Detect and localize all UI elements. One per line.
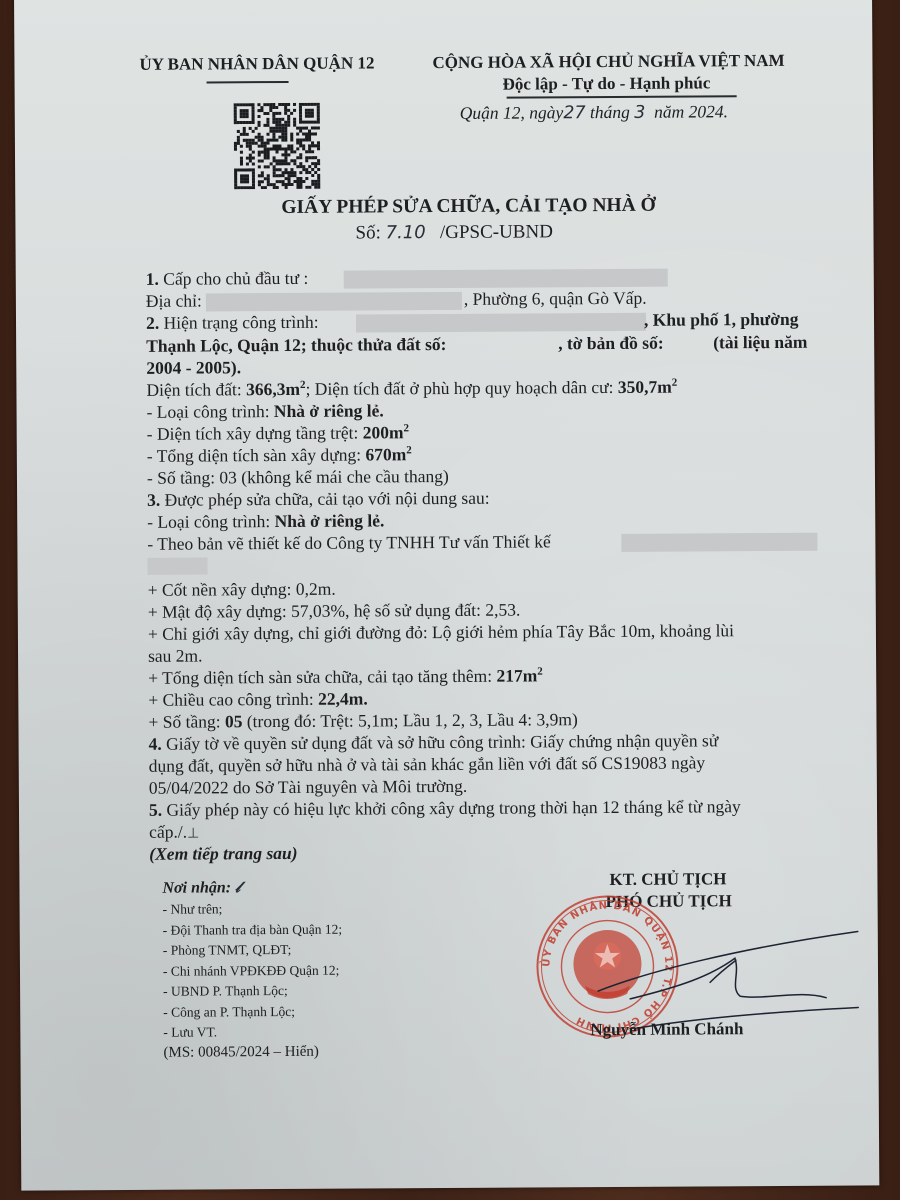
recipient-item: - Công an P. Thạnh Lộc; (163, 1000, 295, 1022)
total-floor-area: - Tổng diện tích sàn xây dựng: 670m2 (147, 443, 412, 467)
permitted-type: - Loại công trình: Nhà ở riêng lẻ. (147, 509, 384, 532)
redacted-owner (344, 269, 668, 289)
owner-address-suffix: , Phường 6, quận Gò Vấp. (464, 287, 647, 310)
recipient-item: - Như trên; (163, 898, 223, 919)
building-height: + Chiều cao công trình: 22,4m. (148, 687, 367, 710)
document-number: Số: 7.10 /GPSC-UBND (355, 221, 553, 244)
setback-line: + Chỉ giới xây dựng, chỉ giới đường đỏ: … (148, 619, 734, 645)
section-2: 2. Hiện trạng công trình: (146, 311, 319, 334)
section-4-line-3: 05/04/2022 do Sở Tài nguyên và Môi trườn… (149, 775, 467, 799)
current-type: - Loại công trình: Nhà ở riêng lẻ. (147, 399, 384, 422)
site-line-2c: (tài liệu năm (713, 331, 807, 354)
continued-note: (Xem tiếp trang sau) (149, 842, 297, 865)
site-line-2b: , tờ bản đồ số: (558, 332, 664, 355)
recipient-item: - Chi nhánh VPĐKĐĐ Quận 12; (163, 959, 339, 981)
renovation-area: + Tổng diện tích sàn sửa chữa, cải tạo t… (148, 664, 543, 688)
section-1: 1. Cấp cho chủ đầu tư : (146, 267, 309, 290)
redacted-company (621, 533, 817, 552)
handwritten-day: 27 (563, 103, 585, 123)
owner-address-label: Địa chỉ: (146, 289, 202, 311)
signer-name: Nguyễn Minh Chánh (590, 1018, 743, 1041)
redacted-site (356, 313, 646, 333)
section-3: 3. Được phép sửa chữa, cải tạo với nội d… (147, 487, 490, 511)
issuer-name: ỦY BAN NHÂN DÂN QUẬN 12 (139, 52, 374, 75)
permit-document: ỦY BAN NHÂN DÂN QUẬN 12 CỘNG HÒA XÃ HỘI … (14, 0, 879, 1191)
design-company: - Theo bản vẽ thiết kế do Công ty TNHH T… (147, 530, 550, 554)
recipient-item: - Đội Thanh tra địa bàn Quận 12; (163, 918, 342, 940)
recipients-title: Nơi nhận: 𝓁 (162, 876, 240, 899)
national-motto: Độc lập - Tự do - Hạnh phúc (503, 72, 711, 95)
building-density: + Mật độ xây dựng: 57,03%, hệ số sử dụng… (148, 599, 521, 623)
qr-code-icon (233, 103, 322, 190)
handwritten-month: 3 (634, 103, 645, 123)
signature-scribble-icon (590, 917, 861, 1029)
site-location-suffix: , Khu phố 1, phường (644, 308, 799, 331)
permitted-floors: + Số tầng: 05 (trong đó: Trệt: 5,1m; Lầu… (148, 708, 578, 733)
ground-floor-area: - Diện tích xây dựng tầng trệt: 200m2 (147, 421, 409, 445)
document-title: GIẤY PHÉP SỬA CHỮA, CẢI TẠO NHÀ Ở (281, 195, 656, 219)
recipient-item: - UBND P. Thạnh Lộc; (163, 980, 288, 1002)
section-5-line-2: cấp./.⊥ (149, 821, 199, 845)
redacted-address (206, 292, 462, 312)
header-rule-left (207, 81, 289, 83)
section-4-line-2: dụng đất, quyền sở hữu nhà ở và tài sản … (149, 751, 705, 776)
land-area: Diện tích đất: 366,3m2; Diện tích đất ở … (146, 376, 677, 401)
initial-mark: 𝓁 (235, 878, 240, 896)
handwritten-number: 7.10 (386, 222, 426, 243)
signer-title-1: KT. CHỦ TỊCH (609, 868, 726, 891)
issue-date: Quận 12, ngày27 tháng 3 năm 2024. (460, 100, 728, 125)
recipient-item: - Phòng TNMT, QLĐT; (163, 939, 292, 961)
foundation-level: + Cốt nền xây dựng: 0,2m. (148, 578, 336, 601)
current-floors: - Số tầng: 03 (không kể mái che cầu than… (147, 465, 449, 489)
redacted-company-cont (147, 557, 207, 574)
initial-mark: ⊥ (187, 826, 199, 842)
document-code: (MS: 00845/2024 – Hiển) (163, 1041, 319, 1063)
recipient-item: - Lưu VT. (163, 1021, 217, 1042)
section-5: 5. Giấy phép này có hiệu lực khởi công x… (149, 795, 741, 821)
site-line-2a: Thạnh Lộc, Quận 12; thuộc thửa đất số: (146, 333, 446, 357)
setback-line-cont: sau 2m. (148, 644, 203, 666)
national-title: CỘNG HÒA XÃ HỘI CHỦ NGHĨA VIỆT NAM (432, 50, 784, 74)
header-rule-right (507, 95, 737, 98)
site-line-3: 2004 - 2005). (146, 356, 241, 379)
